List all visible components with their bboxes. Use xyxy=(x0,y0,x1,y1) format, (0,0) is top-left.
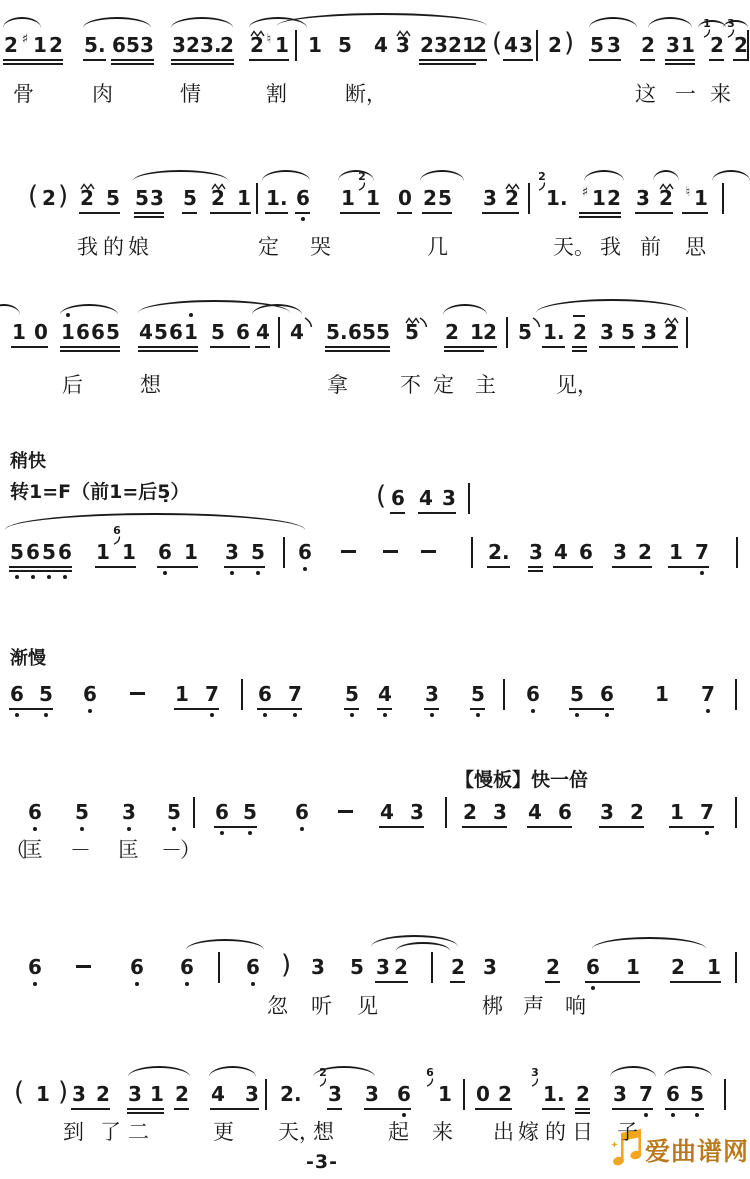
slur-arc xyxy=(592,937,706,949)
note-char: 1 xyxy=(670,800,683,824)
lyric-text: 哭 xyxy=(310,235,331,259)
octave-dot-low xyxy=(430,713,434,717)
tempo-shaokuai: 稍快 xyxy=(10,450,46,474)
octave-dot-low xyxy=(301,217,305,221)
note-char: 5 xyxy=(251,540,264,564)
octave-dot-low xyxy=(47,575,51,579)
note-unit: 43 xyxy=(380,800,423,824)
note-char: 7 xyxy=(205,682,218,706)
note-chars: 1. xyxy=(266,186,287,210)
octave-dot-low xyxy=(256,571,260,575)
note-unit: 46 xyxy=(528,800,571,824)
note-unit: 35 xyxy=(600,320,634,344)
lyric-text: 娘 xyxy=(128,235,149,259)
note-unit: 25 xyxy=(80,186,119,210)
note-chars: 6 xyxy=(83,682,96,706)
note-char: 5 xyxy=(106,320,119,344)
note-chars: 1 xyxy=(438,1082,451,1106)
octave-dot-low xyxy=(80,827,84,831)
duration-dash xyxy=(341,550,356,553)
octave-dot-low xyxy=(531,709,535,713)
lyric-text: 主 xyxy=(475,373,496,397)
octave-dot-low xyxy=(293,713,297,717)
note-unit: 61 xyxy=(158,540,197,564)
grace-hook-icon xyxy=(426,1078,434,1087)
note-char: 3 xyxy=(225,540,238,564)
note-char: 2 xyxy=(576,1082,589,1106)
note-unit: 5 xyxy=(345,682,358,706)
lyric-text: 忽 xyxy=(267,994,288,1018)
slur-arc xyxy=(589,17,637,28)
mordent-icon xyxy=(405,309,420,328)
octave-dot-low xyxy=(671,1113,675,1117)
octave-dot-low xyxy=(300,827,304,831)
note-char: 6 xyxy=(180,955,193,979)
note-char: 1 xyxy=(12,320,25,344)
note-unit: 31 xyxy=(666,33,694,57)
note-char: 3 xyxy=(442,486,455,510)
note-char: 7 xyxy=(695,540,708,564)
note-char: 7 xyxy=(639,1082,652,1106)
note-unit: 5656 xyxy=(10,540,71,564)
note-chars: 43 xyxy=(419,486,455,510)
note-char: 5 xyxy=(135,186,148,210)
note-unit: 43 xyxy=(211,1082,258,1106)
note-unit: 43 xyxy=(419,486,455,510)
note-unit: 1 xyxy=(655,682,668,706)
barline xyxy=(528,183,530,214)
slur-arc xyxy=(420,170,464,181)
note-chars: 2 xyxy=(546,955,559,979)
note-char: 6 xyxy=(586,955,599,979)
note-chars: 32 xyxy=(376,955,407,979)
note-char: 2 xyxy=(463,800,476,824)
lyric-text: 天。 xyxy=(553,235,595,259)
note-char: 6 xyxy=(391,486,404,510)
note-char: 2 xyxy=(220,33,233,57)
note-unit: 2. xyxy=(488,540,509,564)
note-char: 2 xyxy=(710,33,723,57)
note-char: 5 xyxy=(518,320,531,344)
note-unit: 53 xyxy=(135,186,163,210)
note-chars: 02 xyxy=(476,1082,511,1106)
note-chars: 10 xyxy=(12,320,47,344)
octave-dot-low xyxy=(127,827,131,831)
lyric-text: 到 xyxy=(63,1120,84,1144)
note-unit: 6 xyxy=(28,955,41,979)
note-char: 1 xyxy=(184,320,197,344)
barline xyxy=(431,952,433,983)
note-chars: 2♯12 xyxy=(4,33,62,57)
barline xyxy=(295,30,297,61)
note-chars: 37 xyxy=(613,1082,652,1106)
note-chars: 4 xyxy=(256,320,269,344)
note-unit: 2 xyxy=(573,320,586,344)
barline xyxy=(463,1079,465,1110)
note-chars: ♮1 xyxy=(683,186,707,210)
slur-arc xyxy=(5,513,305,530)
note-chars: 6 xyxy=(130,955,143,979)
note-chars: 43 xyxy=(211,1082,258,1106)
note-char: 4 xyxy=(256,320,269,344)
grace-hook-icon xyxy=(319,1078,327,1087)
note-char: 6 xyxy=(58,540,71,564)
note-char: 4 xyxy=(139,320,152,344)
note-char: 1 xyxy=(694,186,707,210)
note-chars: 3 xyxy=(311,955,324,979)
note-char: 3 xyxy=(643,320,656,344)
note-char: 5 xyxy=(471,682,484,706)
barline xyxy=(503,679,505,710)
note-char: 5 xyxy=(42,540,55,564)
note-char: 3 xyxy=(600,800,613,824)
slur-arc xyxy=(3,17,41,28)
note-chars: 31 xyxy=(666,33,694,57)
slur-arc xyxy=(610,1066,656,1077)
mordent-icon xyxy=(505,175,520,194)
lyric-text: 几 xyxy=(427,235,448,259)
note-char: 1 xyxy=(184,540,197,564)
note-char: 5 xyxy=(570,682,583,706)
note-char: 3 xyxy=(519,33,532,57)
overline xyxy=(573,315,585,317)
note-unit: 2 xyxy=(483,320,496,344)
note-char: 5 xyxy=(590,33,603,57)
note-char: 1 xyxy=(655,682,668,706)
note-unit: 5 xyxy=(338,33,351,57)
lyric-text: 想 xyxy=(140,373,161,397)
note-unit: 0 xyxy=(398,186,411,210)
slur-arc xyxy=(536,299,688,313)
note-char: 2 xyxy=(280,1082,293,1106)
lyric-text: 匡 xyxy=(118,838,139,862)
note-char: 6 xyxy=(215,800,228,824)
note-char: 3 xyxy=(410,800,423,824)
grace-hook-icon xyxy=(538,182,546,191)
grace-note: 6 xyxy=(423,1067,437,1087)
note-char: 5 xyxy=(211,320,224,344)
note-chars: 2 xyxy=(220,33,233,57)
barline xyxy=(193,797,195,828)
sheet-music-page: -3- 爱曲谱网 2♯125.653323.22♮1154323212(432)… xyxy=(0,0,750,1179)
note-char: 3 xyxy=(328,1082,341,1106)
mordent-icon xyxy=(80,175,95,194)
note-unit: 3 xyxy=(328,1082,341,1106)
slur-arc xyxy=(262,170,310,181)
octave-dot-low xyxy=(230,571,234,575)
note-char: 2 xyxy=(49,33,62,57)
note-unit: 5 xyxy=(471,682,484,706)
octave-dot-low xyxy=(88,709,92,713)
note-unit: 36 xyxy=(365,1082,410,1106)
note-char: 1 xyxy=(96,540,109,564)
note-char: 1 xyxy=(308,33,321,57)
note-chars: 1 xyxy=(308,33,321,57)
note-chars: 32 xyxy=(72,1082,109,1106)
barline xyxy=(445,797,447,828)
note-chars: 5 xyxy=(518,320,531,344)
note-unit: ♯12 xyxy=(580,186,620,210)
note-char: 1 xyxy=(175,682,188,706)
note-unit: 4561 xyxy=(139,320,197,344)
barline xyxy=(283,537,285,568)
note-char: 5 xyxy=(84,33,97,57)
lyric-text: 了 xyxy=(100,1120,121,1144)
octave-dot-low xyxy=(251,982,255,986)
note-unit: 32 xyxy=(72,1082,109,1106)
note-char: 0 xyxy=(476,1082,489,1106)
note-char: 4 xyxy=(419,486,432,510)
note-unit: 2 xyxy=(175,1082,188,1106)
note-unit: 6 xyxy=(246,955,259,979)
note-char: 2 xyxy=(448,33,461,57)
note-chars: 4561 xyxy=(139,320,197,344)
note-unit: 3 xyxy=(529,540,542,564)
note-chars: 2321 xyxy=(420,33,475,57)
note-chars: 43 xyxy=(380,800,423,824)
note-chars: 6 xyxy=(526,682,539,706)
note-char: 4 xyxy=(554,540,567,564)
note-char: . xyxy=(557,320,564,344)
parenthesis: ( xyxy=(28,182,38,210)
octave-dot-low xyxy=(644,1113,648,1117)
note-char: 3 xyxy=(425,682,438,706)
barline xyxy=(735,797,737,828)
lyric-text: 情 xyxy=(180,82,201,106)
note-chars: 2 xyxy=(548,33,561,57)
note-unit: 21 xyxy=(671,955,720,979)
octave-dot-low xyxy=(476,713,480,717)
note-unit: 2 xyxy=(220,33,233,57)
note-unit: 21 xyxy=(211,186,250,210)
note-char: . xyxy=(294,1082,301,1106)
note-chars: 5 xyxy=(75,800,88,824)
parenthesis: ( xyxy=(492,29,502,57)
note-unit: 4 xyxy=(378,682,391,706)
note-char: 3 xyxy=(529,540,542,564)
lyric-text: 的 xyxy=(545,1120,566,1144)
note-char: 6 xyxy=(236,320,249,344)
slur-arc xyxy=(723,20,748,28)
note-char: 1 xyxy=(470,320,483,344)
barline xyxy=(265,1079,267,1110)
note-char: 4 xyxy=(374,33,387,57)
octave-dot-low xyxy=(63,575,67,579)
lyric-text: 来 xyxy=(432,1120,453,1144)
note-char: 2 xyxy=(186,33,199,57)
barline xyxy=(506,317,508,348)
note-chars: 67 xyxy=(258,682,301,706)
note-char: 3 xyxy=(172,33,185,57)
note-chars: 653 xyxy=(112,33,153,57)
note-char: 3 xyxy=(365,1082,378,1106)
note-unit: 7 xyxy=(701,682,714,706)
barline xyxy=(724,1079,726,1110)
note-chars: 6 xyxy=(391,486,404,510)
note-char: 5 xyxy=(338,33,351,57)
note-unit: 323. xyxy=(172,33,221,57)
note-unit: 17 xyxy=(670,800,713,824)
note-chars: 32 xyxy=(600,800,643,824)
note-char: 5 xyxy=(75,800,88,824)
note-char: 1 xyxy=(592,186,605,210)
octave-dot-low xyxy=(263,713,267,717)
lyric-text: 见， xyxy=(556,373,598,397)
note-unit: 5 xyxy=(350,955,363,979)
lyric-text: 骨 xyxy=(13,82,34,106)
octave-dot-low xyxy=(15,713,19,717)
note-unit: 2. xyxy=(280,1082,301,1106)
note-unit: 6 xyxy=(295,800,308,824)
note-char: 2 xyxy=(4,33,17,57)
note-char: 6 xyxy=(112,33,125,57)
note-unit: 3 xyxy=(396,33,409,57)
note-char: 6 xyxy=(158,540,171,564)
note-chars: 2 xyxy=(473,33,486,57)
note-char: 1 xyxy=(341,186,354,210)
note-unit: 65 xyxy=(666,1082,703,1106)
note-char: 1 xyxy=(237,186,250,210)
octave-dot-low xyxy=(706,709,710,713)
note-unit: 6 xyxy=(180,955,193,979)
note-char: 3 xyxy=(150,186,163,210)
note-char: 3 xyxy=(200,33,213,57)
lyric-text: ） xyxy=(180,838,201,862)
note-unit: 2 xyxy=(546,955,559,979)
note-chars: 2 xyxy=(576,1082,589,1106)
slide-icon xyxy=(419,313,428,332)
note-char: 2 xyxy=(488,540,501,564)
note-char: 4 xyxy=(290,320,303,344)
note-unit: 17 xyxy=(669,540,708,564)
note-unit: 3 xyxy=(425,682,438,706)
note-char: 6 xyxy=(558,800,571,824)
note-unit: 6 xyxy=(296,186,309,210)
slur-arc xyxy=(277,13,487,26)
note-chars: 61 xyxy=(158,540,197,564)
note-chars: 6 xyxy=(298,540,311,564)
slur-arc xyxy=(698,20,726,28)
note-unit: 1. xyxy=(543,320,564,344)
note-char: 6 xyxy=(91,320,104,344)
note-chars: 3 xyxy=(529,540,542,564)
note-unit: 56 xyxy=(211,320,249,344)
note-unit: 4 xyxy=(374,33,387,57)
note-char: . xyxy=(502,540,509,564)
note-char: 7 xyxy=(700,800,713,824)
slur-arc xyxy=(712,170,750,181)
note-unit: 5.655 xyxy=(326,320,389,344)
note-unit: 2 xyxy=(710,33,723,57)
slur-arc xyxy=(653,170,679,181)
note-unit: 653 xyxy=(112,33,153,57)
grace-hook-icon xyxy=(531,1078,539,1087)
note-char: 3 xyxy=(600,320,613,344)
note-char: 4 xyxy=(528,800,541,824)
note-char: 5 xyxy=(350,955,363,979)
lyric-text: 来 xyxy=(710,82,731,106)
note-chars: 25 xyxy=(423,186,451,210)
note-unit: 61 xyxy=(586,955,639,979)
note-char: 0 xyxy=(398,186,411,210)
parenthesis: ( xyxy=(14,1078,24,1106)
duration-dash xyxy=(383,550,398,553)
note-char: 6 xyxy=(130,955,143,979)
lyric-text: 梆 xyxy=(482,994,503,1018)
note-unit: 32 xyxy=(613,540,651,564)
barline xyxy=(747,30,749,61)
note-unit: 21 xyxy=(445,320,483,344)
slur-arc xyxy=(171,17,233,28)
note-char: 2 xyxy=(42,186,55,210)
note-chars: 6 xyxy=(296,186,309,210)
octave-dot-low xyxy=(172,827,176,831)
octave-dot-low xyxy=(700,571,704,575)
note-unit: 5 xyxy=(405,320,418,344)
note-unit: 32 xyxy=(600,800,643,824)
note-unit: 32 xyxy=(483,186,518,210)
note-unit: 6 xyxy=(83,682,96,706)
lyric-text: 嫁 xyxy=(518,1120,539,1144)
note-unit: 32 xyxy=(376,955,407,979)
octave-dot-low xyxy=(33,827,37,831)
note-unit: 2 xyxy=(473,33,486,57)
barline xyxy=(735,952,737,983)
grace-note: 3 xyxy=(528,1067,542,1087)
note-char: 3 xyxy=(376,955,389,979)
note-char: 2 xyxy=(473,33,486,57)
note-char: 2 xyxy=(671,955,684,979)
note-char: 4 xyxy=(380,800,393,824)
slur-arc xyxy=(648,17,692,28)
note-char: 2 xyxy=(498,1082,511,1106)
note-chars: 5 xyxy=(345,682,358,706)
note-char: 1 xyxy=(546,186,559,210)
note-chars: 1. xyxy=(543,1082,564,1106)
note-char: 5 xyxy=(183,186,196,210)
note-chars: 53 xyxy=(590,33,620,57)
note-unit: 4 xyxy=(256,320,269,344)
note-chars: 6 xyxy=(28,955,41,979)
note-char: 2 xyxy=(423,186,436,210)
lyric-text: 响 xyxy=(565,994,586,1018)
note-char: 6 xyxy=(10,682,23,706)
note-char: 3 xyxy=(607,33,620,57)
note-char: 4 xyxy=(378,682,391,706)
note-unit: 2321 xyxy=(420,33,475,57)
note-char: 2 xyxy=(175,1082,188,1106)
note-char: 5 xyxy=(243,800,256,824)
note-char: 2 xyxy=(573,320,586,344)
lyric-text: 我 xyxy=(600,235,621,259)
note-unit: 6 xyxy=(526,682,539,706)
note-char: 3 xyxy=(311,955,324,979)
note-char: 5 xyxy=(106,186,119,210)
note-unit: 1. xyxy=(546,186,567,210)
note-char: 5 xyxy=(345,682,358,706)
lyric-text: 定 xyxy=(433,373,454,397)
note-unit: 65 xyxy=(215,800,256,824)
note-unit: 2♯12 xyxy=(4,33,62,57)
note-chars: 46 xyxy=(528,800,571,824)
note-unit: 1665 xyxy=(61,320,119,344)
note-unit: 6 xyxy=(130,955,143,979)
note-char: 1 xyxy=(707,955,720,979)
note-char: . xyxy=(340,320,347,344)
note-chars: 36 xyxy=(365,1082,410,1106)
note-chars: 46 xyxy=(554,540,592,564)
note-chars: 1. xyxy=(546,186,567,210)
